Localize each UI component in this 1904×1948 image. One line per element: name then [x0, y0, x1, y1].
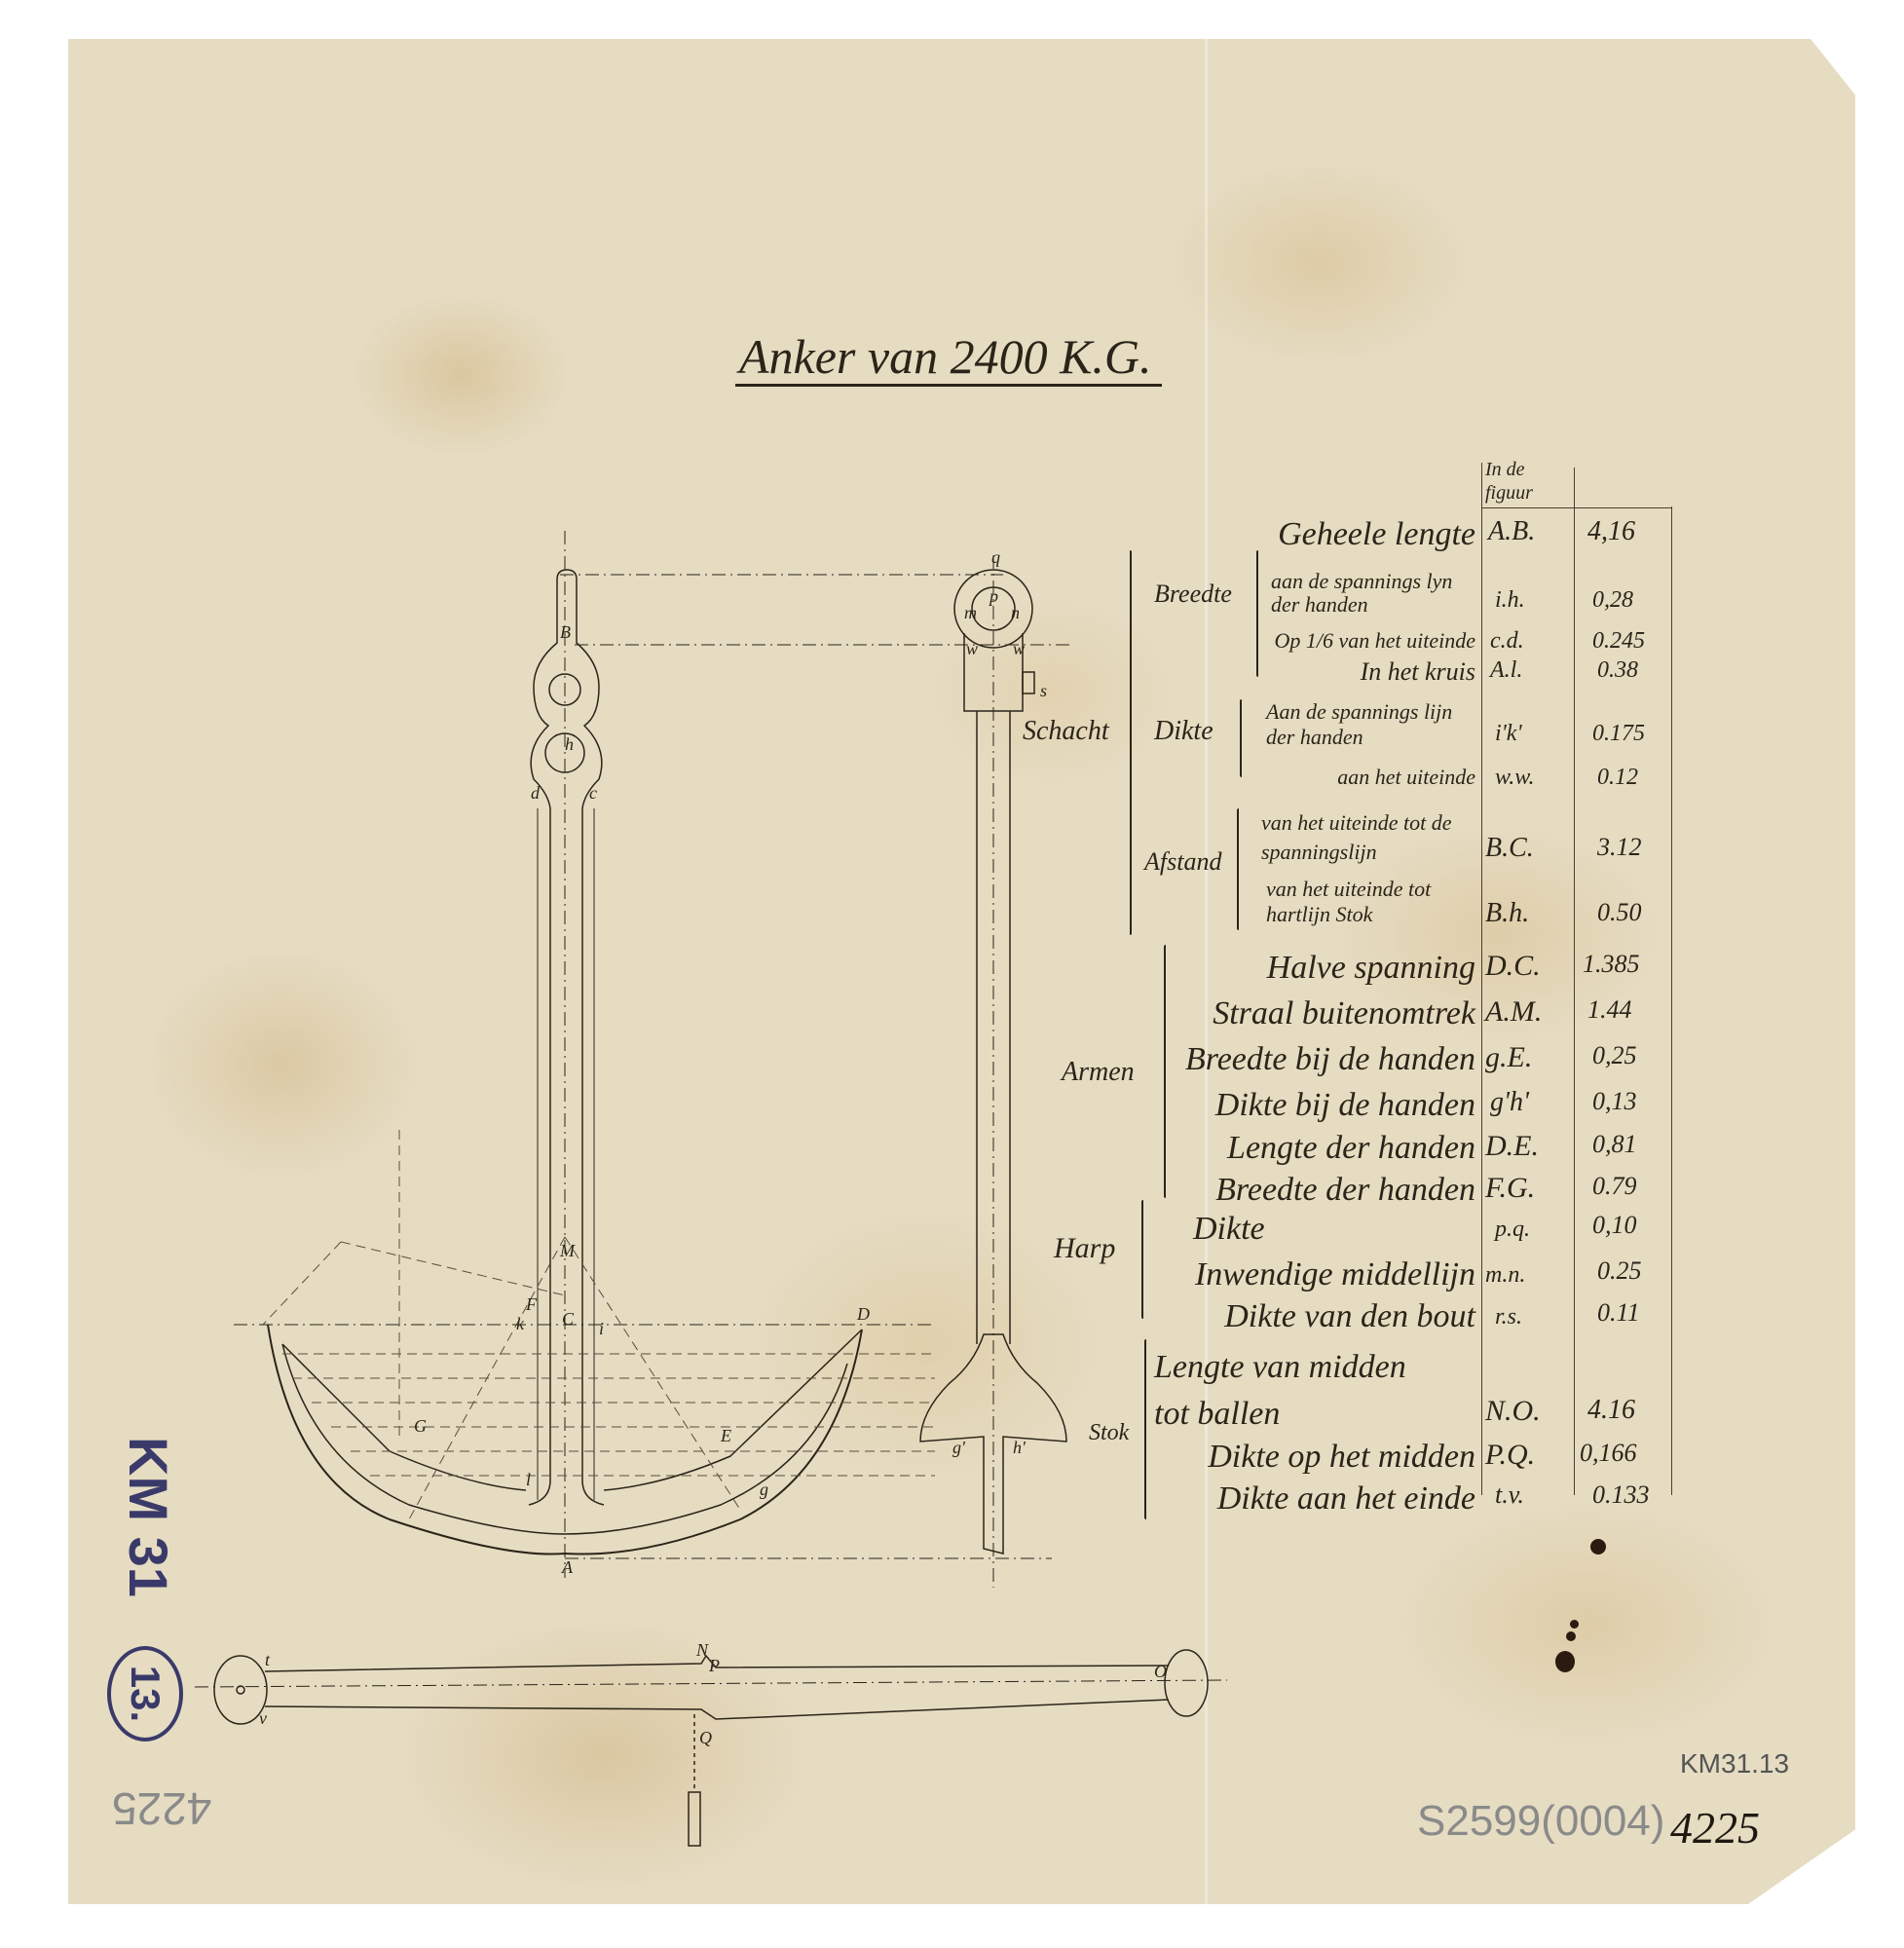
row-desc: Breedte bij de handen [1185, 1041, 1475, 1078]
brace-harp [1141, 1200, 1143, 1319]
row-value: 4,16 [1587, 516, 1635, 547]
row-value: 4.16 [1587, 1395, 1635, 1426]
table-header-figure: In de figuur [1485, 458, 1571, 505]
svg-text:q: q [991, 547, 1000, 567]
brace-breedte [1256, 550, 1258, 677]
row-value: 0.25 [1597, 1256, 1642, 1286]
svg-text:s: s [1040, 681, 1047, 700]
row-fig: g'h' [1490, 1087, 1529, 1118]
row-value: 0.133 [1592, 1480, 1650, 1510]
ink-blot [1555, 1651, 1575, 1672]
svg-text:w: w [1013, 639, 1025, 658]
row-fig: A.l. [1490, 657, 1522, 684]
row-fig: r.s. [1495, 1304, 1522, 1330]
row-desc: Op 1/6 van het uiteinde [1274, 628, 1475, 654]
row-fig: p.q. [1495, 1217, 1530, 1243]
row-value: 0,81 [1592, 1130, 1637, 1159]
svg-text:n: n [1011, 603, 1020, 622]
row-fig: A.M. [1485, 995, 1542, 1029]
svg-text:D: D [856, 1304, 870, 1324]
row-desc: Dikte van den bout [1224, 1298, 1475, 1335]
row-fig: B.C. [1485, 833, 1534, 864]
svg-text:w: w [966, 639, 978, 658]
circled-number: 13. [107, 1646, 183, 1742]
row-value: 0.175 [1592, 721, 1645, 747]
svg-text:m: m [964, 603, 977, 622]
svg-text:F: F [525, 1294, 538, 1314]
table-rule-fig-right [1574, 468, 1575, 1495]
row-value: 0,25 [1592, 1041, 1637, 1070]
row-fig: t.v. [1495, 1480, 1524, 1510]
row-value: 0,10 [1592, 1211, 1637, 1240]
row-value: 0.79 [1592, 1172, 1637, 1201]
brace-stok [1144, 1339, 1146, 1519]
row-value: 0.38 [1597, 657, 1638, 684]
row-fig: F.G. [1485, 1172, 1535, 1205]
svg-text:G: G [414, 1416, 427, 1436]
table-header-rule [1481, 507, 1672, 508]
row-desc: Inwendige middellijn [1195, 1256, 1475, 1293]
row-value: 1.44 [1587, 995, 1632, 1025]
subgroup-label-breedte: Breedte [1154, 580, 1232, 609]
row-desc: Dikte [1193, 1211, 1265, 1248]
row-desc: Dikte aan het einde [1217, 1480, 1475, 1517]
brace-afstand [1237, 808, 1239, 930]
row-fig: i'k' [1495, 721, 1522, 747]
row-desc: In het kruis [1361, 657, 1475, 687]
group-label-schacht: Schacht [1023, 716, 1109, 747]
row-value: 0,28 [1592, 587, 1633, 614]
subgroup-label-afstand: Afstand [1144, 847, 1221, 877]
row-value: 0.12 [1597, 765, 1638, 791]
svg-text:c: c [589, 783, 597, 803]
row-value: 0.245 [1592, 628, 1645, 655]
svg-text:N: N [695, 1640, 709, 1660]
row-value: 0,166 [1580, 1439, 1637, 1468]
table-rule-fig-left [1481, 463, 1482, 1495]
row-desc: aan het uiteinde [1337, 765, 1475, 790]
row-desc: Dikte bij de handen [1215, 1087, 1475, 1124]
svg-text:O: O [1154, 1662, 1167, 1681]
row-fig: B.h. [1485, 898, 1529, 929]
svg-text:k: k [516, 1314, 525, 1333]
svg-text:C: C [562, 1309, 575, 1329]
stamp-km31-13: KM31.13 [1680, 1748, 1789, 1779]
row-desc: van het uiteinde tot de spanningslijn [1261, 808, 1475, 867]
row-fig: A.B. [1488, 516, 1535, 547]
row-fig: P.Q. [1485, 1439, 1535, 1472]
brace-armen [1164, 945, 1166, 1198]
row-desc: Breedte der handen [1215, 1172, 1475, 1209]
brace-schacht [1130, 550, 1132, 935]
svg-text:P: P [708, 1656, 720, 1675]
svg-text:g': g' [952, 1438, 966, 1457]
ink-number: 4225 [1670, 1802, 1760, 1854]
row-desc: aan de spannings lyn der handen [1271, 570, 1475, 617]
svg-text:h: h [565, 734, 574, 754]
ink-blot [1590, 1539, 1606, 1555]
svg-text:M: M [559, 1241, 576, 1260]
row-desc: Straal buitenomtrek [1213, 995, 1475, 1032]
svg-text:h': h' [1013, 1438, 1027, 1457]
row-value: 0.50 [1597, 898, 1642, 927]
row-value: 0,13 [1592, 1087, 1637, 1116]
svg-text:t: t [265, 1650, 271, 1669]
row-fig: c.d. [1490, 628, 1524, 655]
circled-number-text: 13. [122, 1666, 168, 1722]
svg-text:i: i [599, 1319, 604, 1338]
brace-dikte [1240, 699, 1242, 777]
row-desc: Dikte op het midden [1208, 1439, 1475, 1476]
pencil-note-left: 4225 [112, 1782, 211, 1835]
group-label-harp: Harp [1054, 1232, 1115, 1265]
row-desc: Geheele lengte [1278, 516, 1475, 553]
ink-blot [1570, 1620, 1579, 1629]
row-fig: g.E. [1485, 1041, 1532, 1074]
catalog-number: S2599(0004) [1417, 1797, 1664, 1846]
row-desc: Lengte van midden tot ballen [1154, 1344, 1446, 1438]
margin-marker-km31: KM 31 [117, 1437, 180, 1597]
row-desc: van het uiteinde tot hartlijn Stok [1266, 877, 1475, 927]
svg-text:d: d [531, 783, 541, 803]
row-fig: D.C. [1485, 950, 1541, 983]
table-rule-right [1671, 506, 1672, 1495]
row-fig: i.h. [1495, 587, 1525, 614]
svg-text:g: g [760, 1480, 768, 1499]
row-fig: w.w. [1495, 765, 1534, 791]
row-fig: m.n. [1485, 1262, 1525, 1289]
row-value: 3.12 [1597, 833, 1642, 862]
row-desc: Lengte der handen [1227, 1130, 1475, 1167]
svg-text:A: A [561, 1557, 574, 1577]
row-desc: Aan de spannings lijn der handen [1266, 699, 1475, 750]
row-desc: Halve spanning [1267, 950, 1475, 987]
row-fig: N.O. [1485, 1395, 1541, 1428]
group-label-stok: Stok [1089, 1420, 1129, 1446]
svg-text:p: p [988, 586, 998, 606]
subgroup-label-dikte: Dikte [1154, 716, 1213, 747]
svg-text:l: l [526, 1470, 531, 1489]
svg-text:E: E [720, 1426, 731, 1445]
svg-text:B: B [560, 622, 571, 642]
svg-text:Q: Q [699, 1728, 712, 1747]
svg-text:v: v [259, 1708, 267, 1728]
row-value: 0.11 [1597, 1298, 1640, 1328]
row-value: 1.385 [1583, 950, 1640, 979]
group-label-armen: Armen [1062, 1057, 1135, 1088]
row-fig: D.E. [1485, 1130, 1539, 1163]
ink-blot [1566, 1631, 1576, 1641]
